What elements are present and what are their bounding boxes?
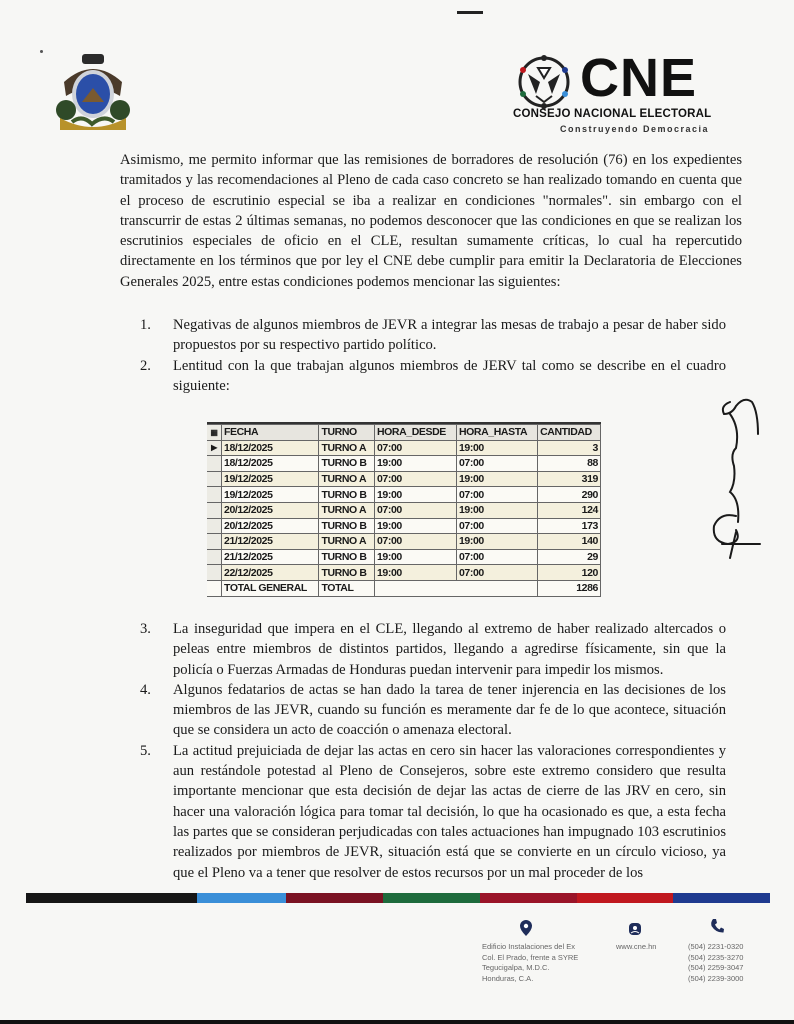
cell-hora-desde: 07:00 xyxy=(374,440,456,456)
stripe-segment xyxy=(480,893,577,903)
cell-highlight xyxy=(374,580,537,596)
cne-emblem-icon xyxy=(514,52,574,112)
stripe-segment xyxy=(286,893,383,903)
column-header-fecha: FECHA xyxy=(222,425,319,441)
cell-fecha: 18/12/2025 xyxy=(222,456,319,472)
list-item-number: 4. xyxy=(140,680,151,700)
row-selector[interactable] xyxy=(207,487,222,503)
cell-turno: TURNO B xyxy=(319,487,374,503)
cell-cantidad: 319 xyxy=(538,471,601,487)
cell-turno: TURNO B xyxy=(319,549,374,565)
cell-hora-desde: 19:00 xyxy=(374,518,456,534)
table-row[interactable]: 21/12/2025TURNO A07:0019:00140 xyxy=(207,534,601,550)
row-selector[interactable] xyxy=(207,580,222,596)
honduras-coat-of-arms-icon xyxy=(52,52,134,134)
cell-cantidad: 173 xyxy=(538,518,601,534)
cell-fecha: 19/12/2025 xyxy=(222,471,319,487)
cell-total-label: TOTAL GENERAL xyxy=(222,580,319,596)
list-item-number: 5. xyxy=(140,741,151,761)
list-item-text: La actitud prejuiciada de dejar las acta… xyxy=(173,743,726,881)
scan-mark xyxy=(457,11,483,14)
cell-hora-desde: 19:00 xyxy=(374,456,456,472)
list-item-text: Lentitud con la que trabajan algunos mie… xyxy=(173,358,726,394)
table-row[interactable]: ▶18/12/2025TURNO A07:0019:003 xyxy=(207,440,601,456)
cell-turno: TURNO A xyxy=(319,502,374,518)
conditions-list-part-1: 1. Negativas de algunos miembros de JEVR… xyxy=(140,315,726,396)
cne-logo: CNE CONSEJO NACIONAL ELECTORAL Construye… xyxy=(510,48,750,138)
cell-turno: TURNO A xyxy=(319,471,374,487)
list-item-text: Algunos fedatarios de actas se han dado … xyxy=(173,682,726,739)
cell-hora-hasta: 07:00 xyxy=(456,487,537,503)
cell-total-cantidad: 1286 xyxy=(538,580,601,596)
cell-fecha: 18/12/2025 xyxy=(222,440,319,456)
cell-turno: TURNO B xyxy=(319,456,374,472)
cell-cantidad: 88 xyxy=(538,456,601,472)
globe-icon xyxy=(628,922,642,936)
cell-hora-desde: 07:00 xyxy=(374,502,456,518)
scan-bottom-edge xyxy=(0,1020,794,1024)
list-item: 5. La actitud prejuiciada de dejar las a… xyxy=(140,741,726,883)
column-header-turno: TURNO xyxy=(319,425,374,441)
table-row[interactable]: 18/12/2025TURNO B19:0007:0088 xyxy=(207,456,601,472)
row-selector[interactable] xyxy=(207,565,222,581)
cell-hora-hasta: 07:00 xyxy=(456,456,537,472)
row-selector[interactable]: ▶ xyxy=(207,440,222,456)
list-item: 3. La inseguridad que impera en el CLE, … xyxy=(140,619,726,680)
table-total-row: TOTAL GENERALTOTAL1286 xyxy=(207,580,601,596)
cell-cantidad: 29 xyxy=(538,549,601,565)
list-item: 4. Algunos fedatarios de actas se han da… xyxy=(140,680,726,741)
scan-speck xyxy=(40,50,43,53)
stripe-segment xyxy=(673,893,770,903)
address-line: Col. El Prado, frente a SYRE xyxy=(482,953,578,964)
table-header-row: ▦ FECHA TURNO HORA_DESDE HORA_HASTA CANT… xyxy=(207,425,601,441)
footer-address: Edificio Instalaciones del Ex Col. El Pr… xyxy=(482,942,578,984)
cell-fecha: 20/12/2025 xyxy=(222,502,319,518)
phone-number: (504) 2231-0320 xyxy=(688,942,743,953)
cell-cantidad: 140 xyxy=(538,534,601,550)
footer-color-stripe xyxy=(26,893,770,903)
cell-fecha: 21/12/2025 xyxy=(222,549,319,565)
cell-turno: TURNO B xyxy=(319,518,374,534)
list-item-number: 1. xyxy=(140,315,151,335)
cell-cantidad: 120 xyxy=(538,565,601,581)
cell-hora-desde: 07:00 xyxy=(374,471,456,487)
list-item: 1. Negativas de algunos miembros de JEVR… xyxy=(140,315,726,356)
phone-number: (504) 2259-3047 xyxy=(688,963,743,974)
footer-phones: (504) 2231-0320 (504) 2235-3270 (504) 22… xyxy=(688,942,743,984)
shift-count-table: ▦ FECHA TURNO HORA_DESDE HORA_HASTA CANT… xyxy=(207,422,601,597)
cell-hora-hasta: 19:00 xyxy=(456,534,537,550)
cell-hora-hasta: 07:00 xyxy=(456,565,537,581)
address-line: Edificio Instalaciones del Ex xyxy=(482,942,578,953)
phone-number: (504) 2239-3000 xyxy=(688,974,743,985)
stripe-segment xyxy=(197,893,286,903)
cell-turno: TURNO B xyxy=(319,565,374,581)
org-motto: Construyendo Democracia xyxy=(560,124,709,134)
cell-hora-desde: 07:00 xyxy=(374,534,456,550)
cell-fecha: 22/12/2025 xyxy=(222,565,319,581)
cell-fecha: 20/12/2025 xyxy=(222,518,319,534)
column-header-hora-desde: HORA_DESDE xyxy=(374,425,456,441)
cell-cantidad: 124 xyxy=(538,502,601,518)
org-name: CONSEJO NACIONAL ELECTORAL xyxy=(513,108,711,120)
row-selector[interactable] xyxy=(207,502,222,518)
cell-cantidad: 290 xyxy=(538,487,601,503)
table-row[interactable]: 22/12/2025TURNO B19:0007:00120 xyxy=(207,565,601,581)
conditions-list-part-2: 3. La inseguridad que impera en el CLE, … xyxy=(140,619,726,883)
address-line: Tegucigalpa, M.D.C. xyxy=(482,963,578,974)
list-item: 2. Lentitud con la que trabajan algunos … xyxy=(140,356,726,397)
list-item-text: Negativas de algunos miembros de JEVR a … xyxy=(173,317,726,353)
table-row[interactable]: 20/12/2025TURNO B19:0007:00173 xyxy=(207,518,601,534)
cell-total-turno: TOTAL xyxy=(319,580,374,596)
list-item-number: 3. xyxy=(140,619,151,639)
address-line: Honduras, C.A. xyxy=(482,974,578,985)
table-row[interactable]: 20/12/2025TURNO A07:0019:00124 xyxy=(207,502,601,518)
table-row[interactable]: 19/12/2025TURNO B19:0007:00290 xyxy=(207,487,601,503)
column-header-hora-hasta: HORA_HASTA xyxy=(456,425,537,441)
stripe-segment xyxy=(577,893,674,903)
row-selector[interactable] xyxy=(207,518,222,534)
table-row[interactable]: 21/12/2025TURNO B19:0007:0029 xyxy=(207,549,601,565)
cell-cantidad: 3 xyxy=(538,440,601,456)
cell-hora-hasta: 19:00 xyxy=(456,471,537,487)
cell-hora-desde: 19:00 xyxy=(374,487,456,503)
table-row[interactable]: 19/12/2025TURNO A07:0019:00319 xyxy=(207,471,601,487)
row-selector-header: ▦ xyxy=(207,425,222,441)
footer-website[interactable]: www.cne.hn xyxy=(616,942,656,953)
row-selector[interactable] xyxy=(207,456,222,472)
cell-hora-desde: 19:00 xyxy=(374,565,456,581)
column-header-cantidad: CANTIDAD xyxy=(538,425,601,441)
cell-fecha: 21/12/2025 xyxy=(222,534,319,550)
phone-icon xyxy=(710,918,724,934)
stripe-segment xyxy=(383,893,480,903)
cell-turno: TURNO A xyxy=(319,534,374,550)
row-selector[interactable] xyxy=(207,549,222,565)
cell-turno: TURNO A xyxy=(319,440,374,456)
list-item-text: La inseguridad que impera en el CLE, lle… xyxy=(173,621,726,678)
row-selector[interactable] xyxy=(207,471,222,487)
cell-hora-desde: 19:00 xyxy=(374,549,456,565)
cell-hora-hasta: 07:00 xyxy=(456,549,537,565)
list-item-number: 2. xyxy=(140,356,151,376)
map-pin-icon xyxy=(520,920,532,936)
cell-fecha: 19/12/2025 xyxy=(222,487,319,503)
row-selector[interactable] xyxy=(207,534,222,550)
cell-hora-hasta: 07:00 xyxy=(456,518,537,534)
intro-paragraph: Asimismo, me permito informar que las re… xyxy=(120,150,742,292)
stripe-segment xyxy=(26,893,197,903)
phone-number: (504) 2235-3270 xyxy=(688,953,743,964)
handwritten-signature xyxy=(700,392,770,562)
org-acronym: CNE xyxy=(580,48,697,108)
cell-hora-hasta: 19:00 xyxy=(456,440,537,456)
cell-hora-hasta: 19:00 xyxy=(456,502,537,518)
